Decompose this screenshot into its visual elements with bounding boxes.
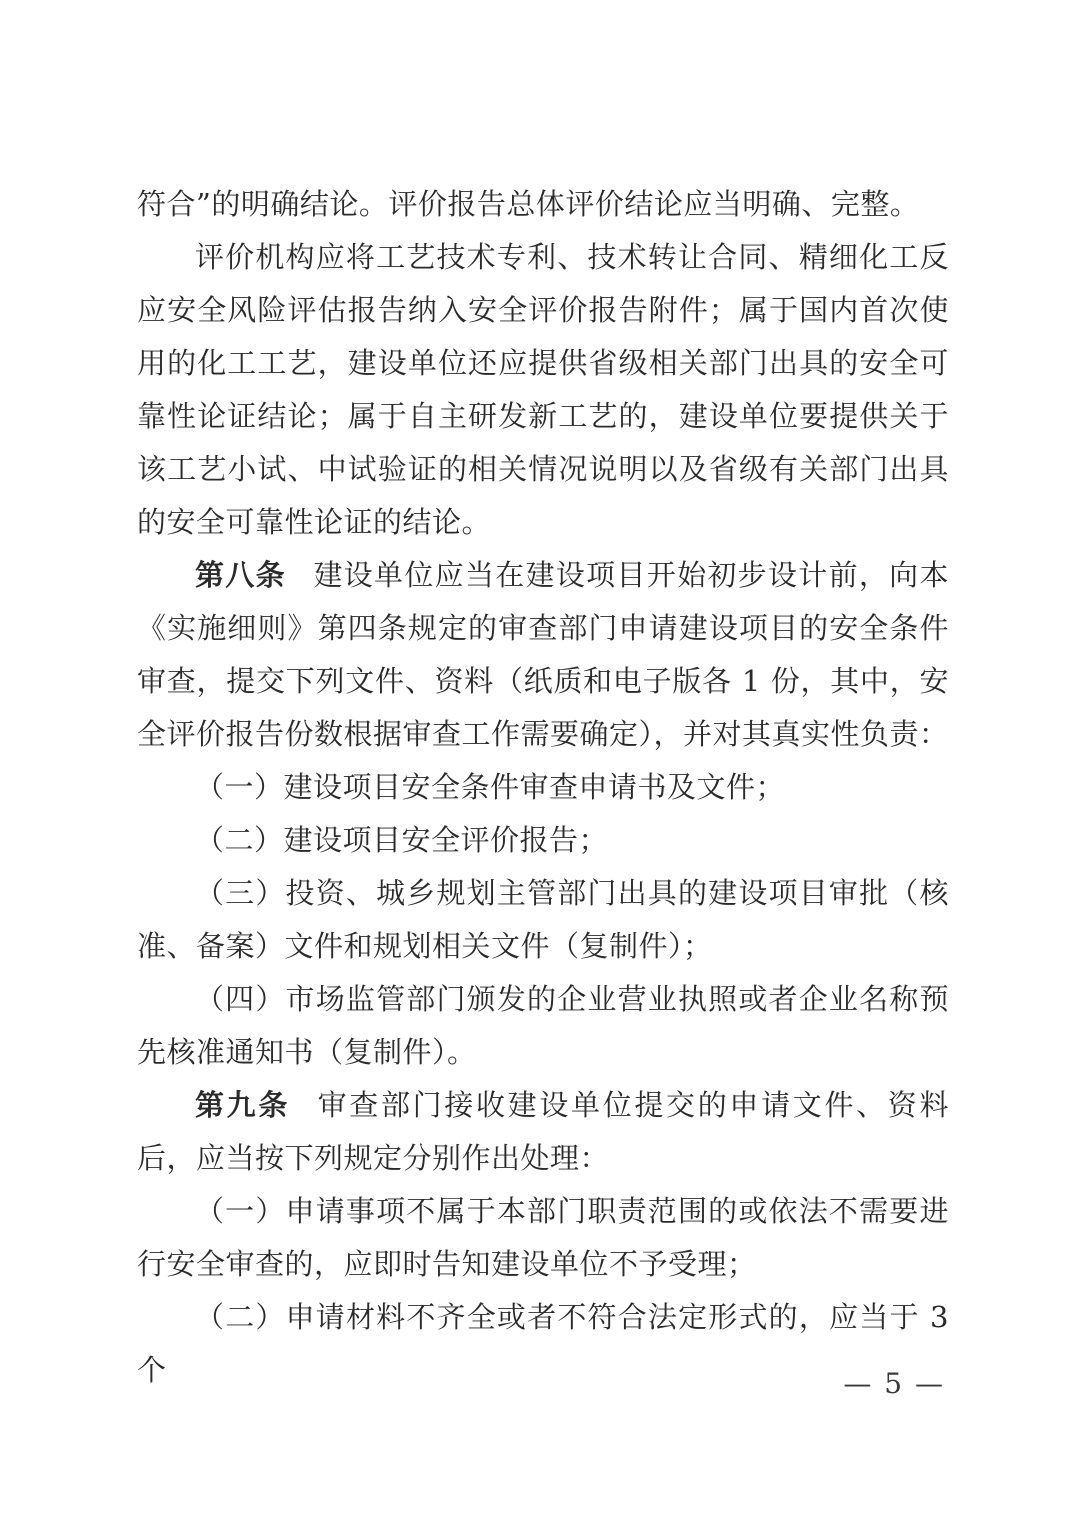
article-8-item-3: （三）投资、城乡规划主管部门出具的建设项目审批（核准、备案）文件和规划相关文件（…	[137, 867, 949, 973]
article-9-item-1: （一）申请事项不属于本部门职责范围的或依法不需要进行安全审查的，应即时告知建设单…	[137, 1185, 949, 1291]
paragraph-evaluation-agency: 评价机构应将工艺技术专利、技术转让合同、精细化工反应安全风险评估报告纳入安全评价…	[137, 231, 949, 549]
document-body: 符合”的明确结论。评价报告总体评价结论应当明确、完整。 评价机构应将工艺技术专利…	[137, 178, 949, 1397]
article-9-paragraph: 第九条审查部门接收建设单位提交的申请文件、资料后，应当按下列规定分别作出处理：	[137, 1079, 949, 1185]
article-8-item-2: （二）建设项目安全评价报告；	[137, 814, 949, 867]
article-8-item-1: （一）建设项目安全条件审查申请书及文件；	[137, 761, 949, 814]
paragraph-continuation: 符合”的明确结论。评价报告总体评价结论应当明确、完整。	[137, 178, 949, 231]
article-8-paragraph: 第八条建设单位应当在建设项目开始初步设计前，向本《实施细则》第四条规定的审查部门…	[137, 549, 949, 761]
article-8-item-4: （四）市场监管部门颁发的企业营业执照或者企业名称预先核准通知书（复制件）。	[137, 973, 949, 1079]
article-9-label: 第九条	[195, 1088, 290, 1122]
document-page: 符合”的明确结论。评价报告总体评价结论应当明确、完整。 评价机构应将工艺技术专利…	[0, 0, 1080, 1527]
article-8-label: 第八条	[195, 558, 286, 592]
page-number: — 5 —	[645, 1362, 945, 1406]
